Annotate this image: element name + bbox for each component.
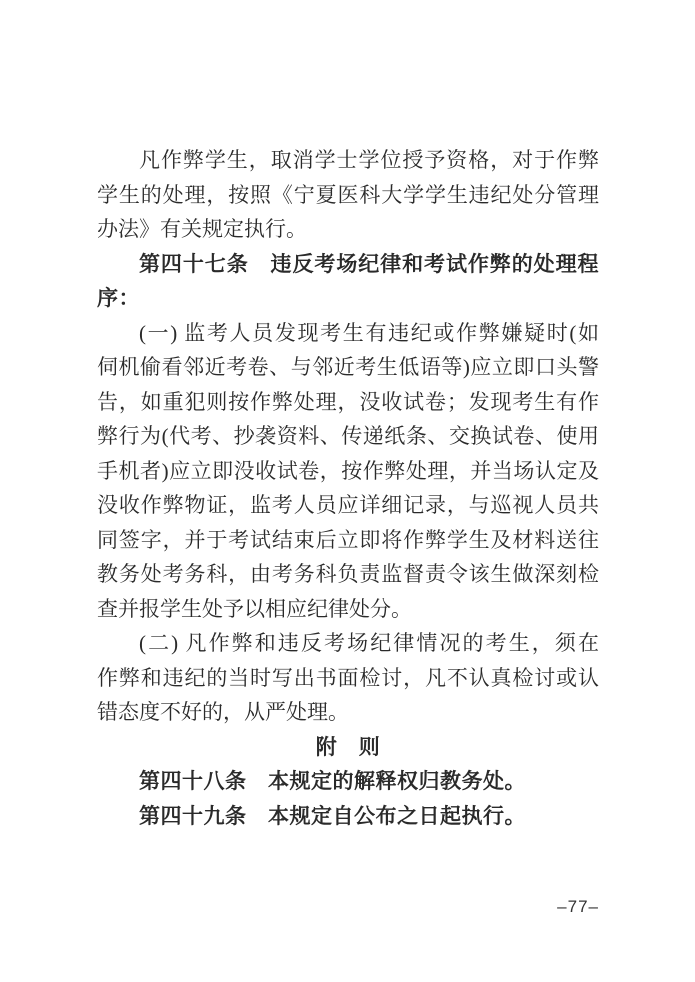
text-line: 手机者)应立即没收试卷，按作弊处理，并当场认定及 bbox=[97, 454, 599, 489]
text-line: 附 则 bbox=[97, 730, 599, 765]
page-number: –77– bbox=[97, 896, 599, 918]
text-line: 没收作弊物证，监考人员应详细记录，与巡视人员共 bbox=[97, 488, 599, 523]
text-line: 错态度不好的，从严处理。 bbox=[97, 695, 599, 730]
text-line: (二) 凡作弊和违反考场纪律情况的考生，须在 bbox=[97, 626, 599, 661]
text-line: 第四十七条 违反考场纪律和考试作弊的处理程 bbox=[97, 247, 599, 282]
text-line: 同签字，并于考试结束后立即将作弊学生及材料送往 bbox=[97, 523, 599, 558]
text-line: 第四十八条 本规定的解释权归教务处。 bbox=[97, 764, 599, 799]
text-line: 凡作弊学生，取消学士学位授予资格，对于作弊 bbox=[97, 143, 599, 178]
text-line: 第四十九条 本规定自公布之日起执行。 bbox=[97, 799, 599, 834]
text-line: 查并报学生处予以相应纪律处分。 bbox=[97, 592, 599, 627]
text-line: 弊行为(代考、抄袭资料、传递纸条、交换试卷、使用 bbox=[97, 419, 599, 454]
text-line: 学生的处理，按照《宁夏医科大学学生违纪处分管理 bbox=[97, 178, 599, 213]
document-page: 凡作弊学生，取消学士学位授予资格，对于作弊学生的处理，按照《宁夏医科大学学生违纪… bbox=[0, 0, 695, 982]
document-text-block: 凡作弊学生，取消学士学位授予资格，对于作弊学生的处理，按照《宁夏医科大学学生违纪… bbox=[97, 143, 599, 833]
text-line: 序： bbox=[97, 281, 599, 316]
text-line: 教务处考务科，由考务科负责监督责令该生做深刻检 bbox=[97, 557, 599, 592]
text-line: 办法》有关规定执行。 bbox=[97, 212, 599, 247]
text-line: 告，如重犯则按作弊处理，没收试卷；发现考生有作 bbox=[97, 385, 599, 420]
text-line: (一) 监考人员发现考生有违纪或作弊嫌疑时(如 bbox=[97, 316, 599, 351]
text-line: 伺机偷看邻近考卷、与邻近考生低语等)应立即口头警 bbox=[97, 350, 599, 385]
text-line: 作弊和违纪的当时写出书面检讨，凡不认真检讨或认 bbox=[97, 661, 599, 696]
